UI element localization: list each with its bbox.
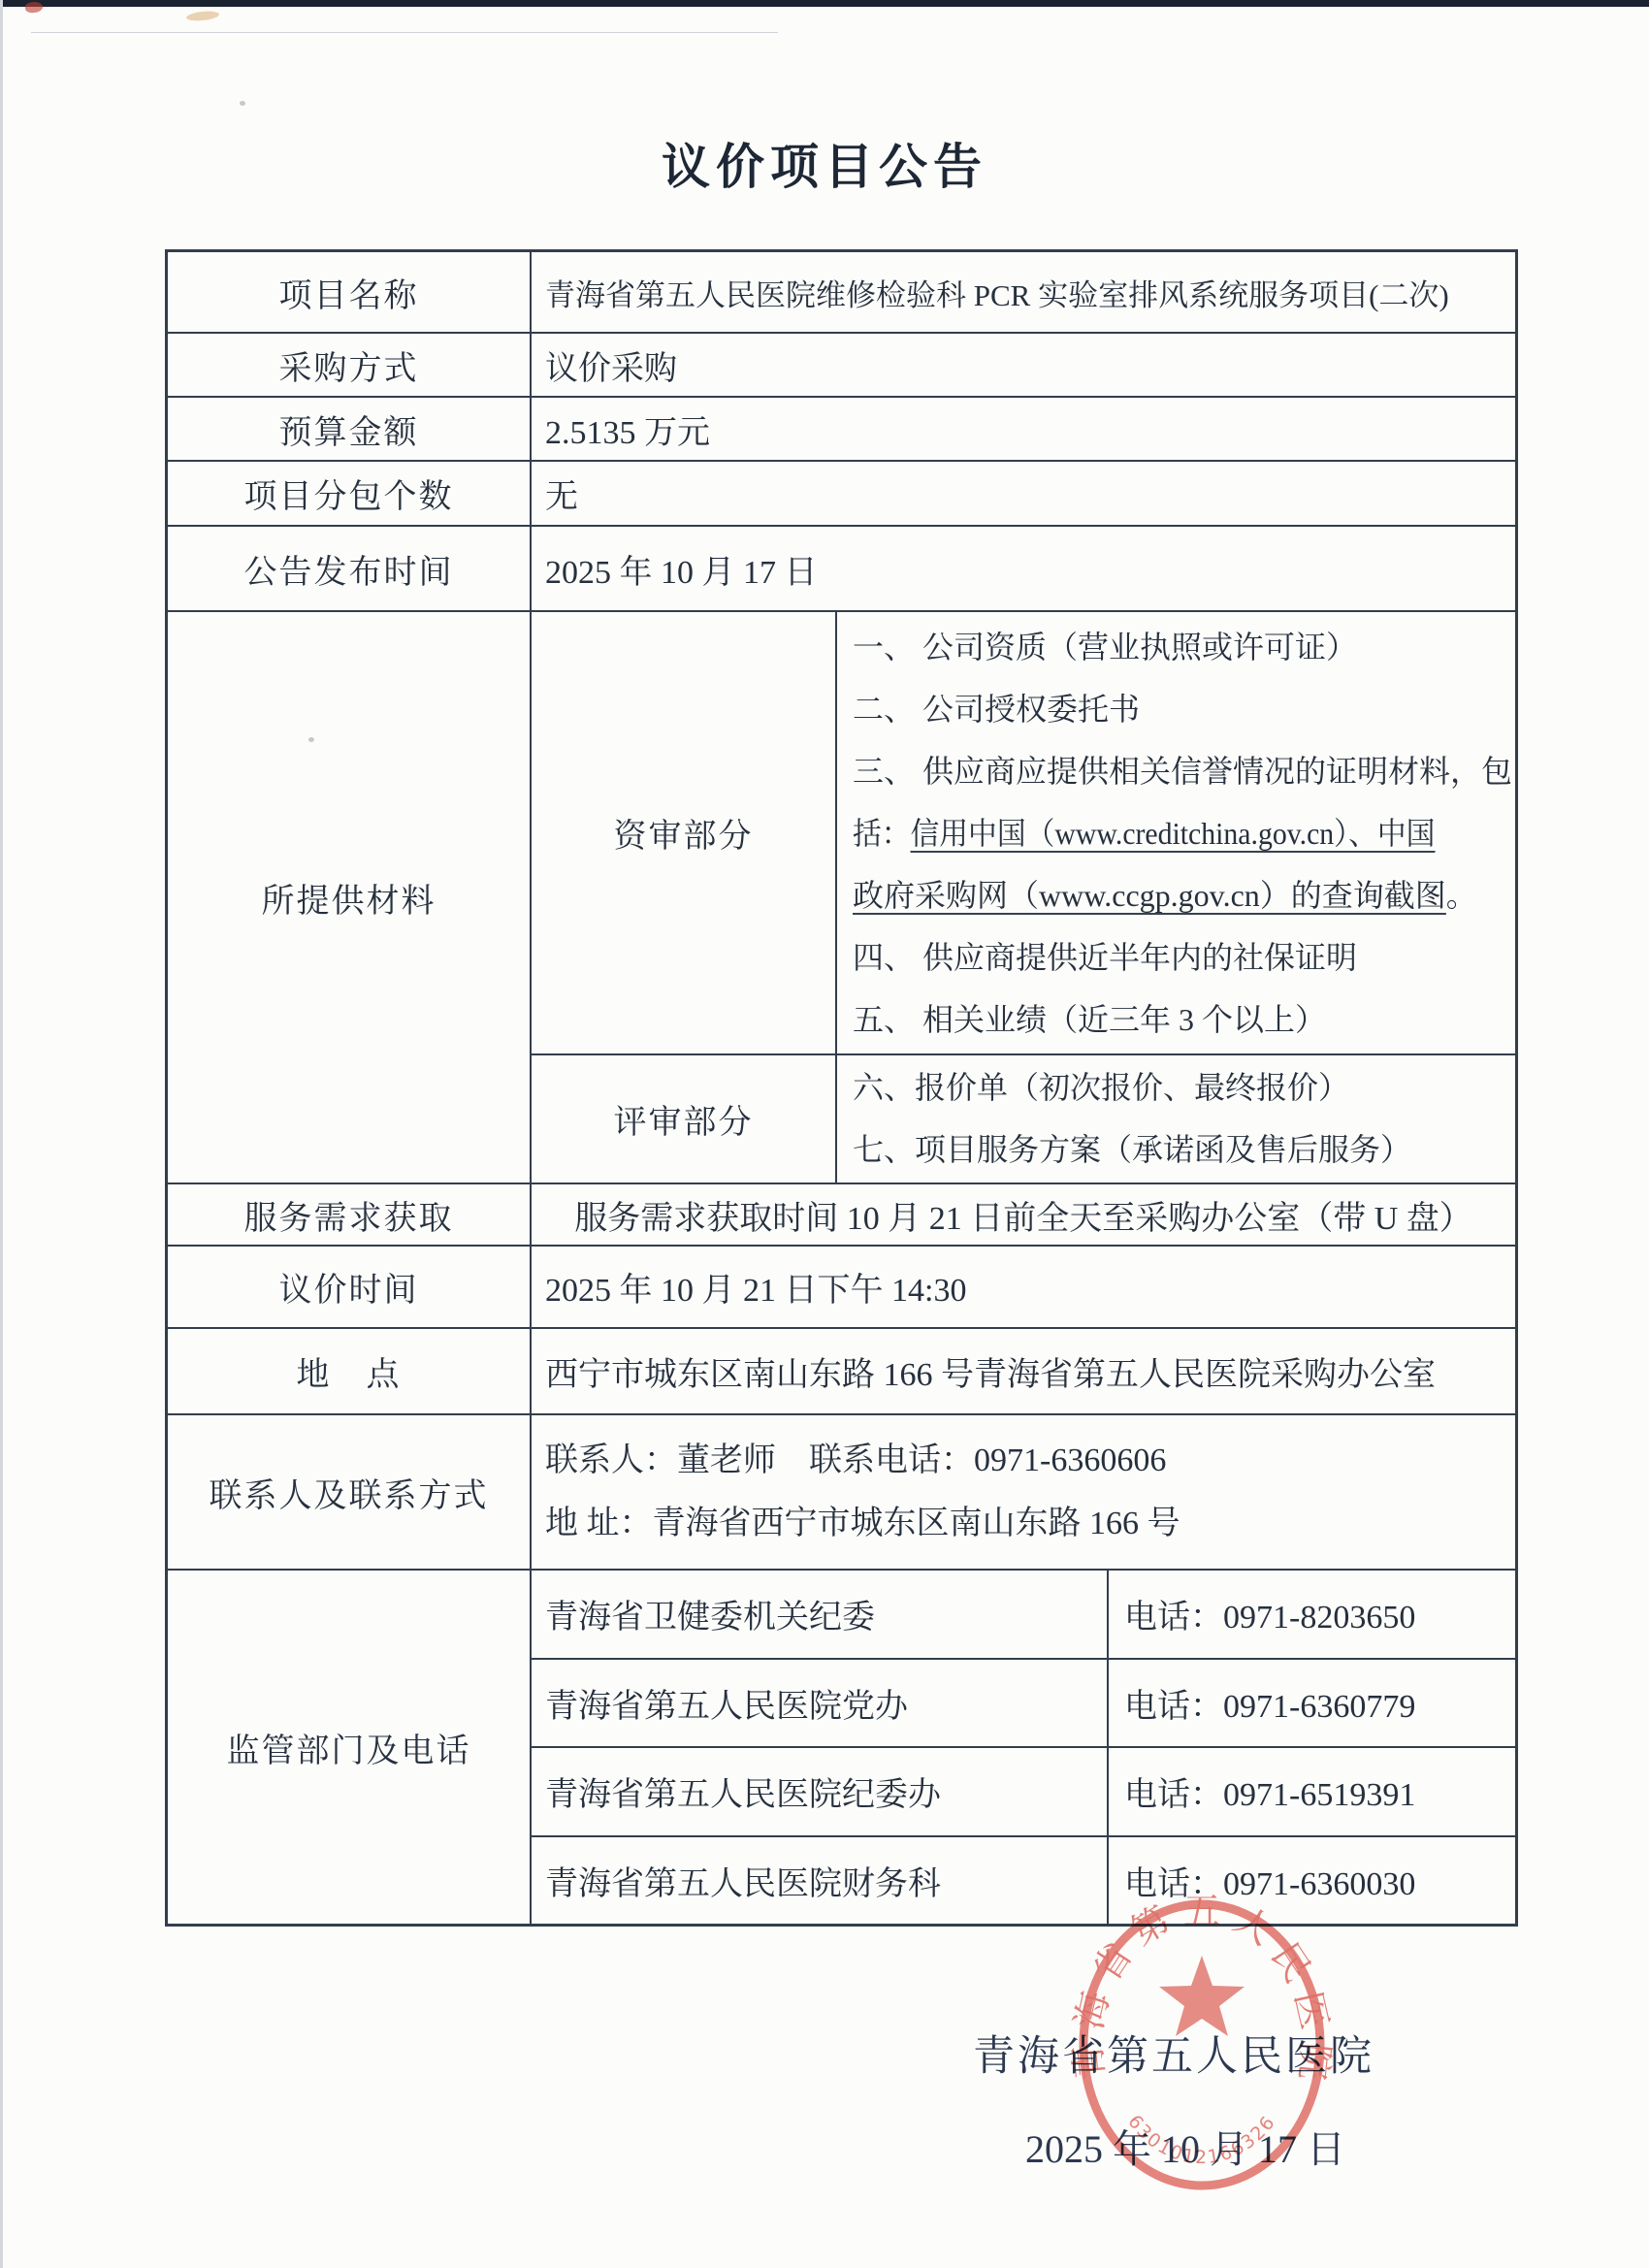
supervision-phone: 电话：0971-8203650 <box>1109 1571 1515 1658</box>
review-subrow: 评审部分 六、报价单（初次报价、最终报价） 七、项目服务方案（承诺函及售后服务） <box>532 1055 1515 1183</box>
material-item-line: 五、 相关业绩（近三年 3 个以上） <box>853 988 1515 1051</box>
row-value: 西宁市城东区南山东路 166 号青海省第五人民医院采购办公室 <box>532 1329 1515 1413</box>
qualification-subrow: 资审部分 一、 公司资质（营业执照或许可证） 二、 公司授权委托书 三、 供应商… <box>532 612 1515 1055</box>
row-value: 无 <box>532 462 1515 525</box>
material-item-line: 七、项目服务方案（承诺函及售后服务） <box>853 1118 1515 1181</box>
qualification-items: 一、 公司资质（营业执照或许可证） 二、 公司授权委托书 三、 供应商应提供相关… <box>837 612 1515 1053</box>
row-label: 项目分包个数 <box>168 462 532 525</box>
row-label: 预算金额 <box>168 398 532 460</box>
material-item-line: 四、 供应商提供近半年内的社保证明 <box>853 926 1515 988</box>
row-value: 2.5135 万元 <box>532 398 1515 460</box>
table-row-materials: 所提供材料 资审部分 一、 公司资质（营业执照或许可证） 二、 公司授权委托书 … <box>168 612 1515 1184</box>
scan-red-mark <box>24 1 43 14</box>
row-label: 服务需求获取 <box>168 1184 532 1245</box>
contact-person-line: 联系人：董老师 联系电话：0971-6360606 <box>545 1429 1515 1492</box>
scan-hairline <box>31 32 778 33</box>
row-label: 采购方式 <box>168 334 532 396</box>
material-item-line: 政府采购网（www.ccgp.gov.cn）的查询截图。 <box>853 864 1515 926</box>
supervision-dept: 青海省第五人民医院财务科 <box>532 1837 1109 1925</box>
underlined-credit-sites: 信用中国（www.creditchina.gov.cn）、中国 <box>911 816 1436 852</box>
scanned-document-page: 议价项目公告 项目名称 青海省第五人民医院维修检验科 PCR 实验室排风系统服务… <box>0 0 1649 2268</box>
table-row-location: 地 点 西宁市城东区南山东路 166 号青海省第五人民医院采购办公室 <box>168 1329 1515 1415</box>
table-row-supervision: 监管部门及电话 青海省卫健委机关纪委 电话：0971-8203650 青海省第五… <box>168 1571 1515 1924</box>
row-value: 服务需求获取时间 10 月 21 日前全天至采购办公室（带 U 盘） <box>532 1184 1515 1245</box>
material-item-line: 三、 供应商应提供相关信誉情况的证明材料，包 <box>853 740 1515 802</box>
supervision-row: 青海省第五人民医院党办 电话：0971-6360779 <box>532 1660 1515 1749</box>
table-row-negotiation-time: 议价时间 2025 年 10 月 21 日下午 14:30 <box>168 1247 1515 1329</box>
row-value: 青海省第五人民医院维修检验科 PCR 实验室排风系统服务项目(二次) <box>532 252 1515 332</box>
row-label: 公告发布时间 <box>168 527 532 610</box>
material-item-line: 括：信用中国（www.creditchina.gov.cn）、中国 <box>853 802 1469 864</box>
table-row-lot-count: 项目分包个数 无 <box>168 462 1515 527</box>
sub-row-label: 评审部分 <box>532 1055 837 1183</box>
material-item-line: 一、 公司资质（营业执照或许可证） <box>853 616 1515 678</box>
row-label: 所提供材料 <box>168 612 532 1183</box>
underlined-credit-sites: 政府采购网（www.ccgp.gov.cn）的查询截图 <box>853 878 1446 914</box>
contact-address-line: 地 址：青海省西宁市城东区南山东路 166 号 <box>545 1492 1515 1555</box>
row-label: 项目名称 <box>168 252 532 332</box>
scan-speck <box>240 101 245 106</box>
supervision-row: 青海省第五人民医院财务科 电话：0971-6360030 <box>532 1837 1515 1925</box>
issue-date: 2025 年 10 月 17 日 <box>933 2119 1438 2174</box>
supervision-row: 青海省卫健委机关纪委 电话：0971-8203650 <box>532 1571 1515 1660</box>
review-items: 六、报价单（初次报价、最终报价） 七、项目服务方案（承诺函及售后服务） <box>837 1055 1515 1183</box>
scan-top-edge <box>0 0 1649 7</box>
supervision-dept: 青海省第五人民医院党办 <box>532 1660 1109 1747</box>
supervision-row: 青海省第五人民医院纪委办 电话：0971-6519391 <box>532 1748 1515 1837</box>
table-row-publish-date: 公告发布时间 2025 年 10 月 17 日 <box>168 527 1515 612</box>
table-row-budget: 预算金额 2.5135 万元 <box>168 398 1515 462</box>
scan-smudge <box>186 10 220 22</box>
supervision-phone: 电话：0971-6360030 <box>1109 1837 1515 1925</box>
table-row-procurement-method: 采购方式 议价采购 <box>168 334 1515 398</box>
materials-subtable: 资审部分 一、 公司资质（营业执照或许可证） 二、 公司授权委托书 三、 供应商… <box>532 612 1515 1183</box>
supervision-phone: 电话：0971-6360779 <box>1109 1660 1515 1747</box>
supervision-dept: 青海省卫健委机关纪委 <box>532 1571 1109 1658</box>
row-label: 地 点 <box>168 1329 532 1413</box>
row-label: 监管部门及电话 <box>168 1571 532 1924</box>
issuer-name: 青海省第五人民医院 <box>921 2024 1426 2083</box>
supervision-dept: 青海省第五人民医院纪委办 <box>532 1748 1109 1835</box>
scan-left-edge <box>0 0 3 2268</box>
sub-row-label: 资审部分 <box>532 612 837 1053</box>
contact-details: 联系人：董老师 联系电话：0971-6360606 地 址：青海省西宁市城东区南… <box>532 1415 1515 1569</box>
material-item-line: 二、 公司授权委托书 <box>853 678 1515 740</box>
table-row-contact: 联系人及联系方式 联系人：董老师 联系电话：0971-6360606 地 址：青… <box>168 1415 1515 1571</box>
row-label: 议价时间 <box>168 1247 532 1327</box>
row-value: 2025 年 10 月 17 日 <box>532 527 1515 610</box>
announcement-table: 项目名称 青海省第五人民医院维修检验科 PCR 实验室排风系统服务项目(二次) … <box>165 249 1518 1927</box>
row-value: 2025 年 10 月 21 日下午 14:30 <box>532 1247 1515 1327</box>
page-title: 议价项目公告 <box>0 128 1649 198</box>
row-label: 联系人及联系方式 <box>168 1415 532 1569</box>
supervision-subtable: 青海省卫健委机关纪委 电话：0971-8203650 青海省第五人民医院党办 电… <box>532 1571 1515 1924</box>
row-value: 议价采购 <box>532 334 1515 396</box>
table-row-service-requirement: 服务需求获取 服务需求获取时间 10 月 21 日前全天至采购办公室（带 U 盘… <box>168 1184 1515 1247</box>
supervision-phone: 电话：0971-6519391 <box>1109 1748 1515 1835</box>
material-item-line: 六、报价单（初次报价、最终报价） <box>853 1056 1515 1118</box>
table-row-project-name: 项目名称 青海省第五人民医院维修检验科 PCR 实验室排风系统服务项目(二次) <box>168 252 1515 334</box>
